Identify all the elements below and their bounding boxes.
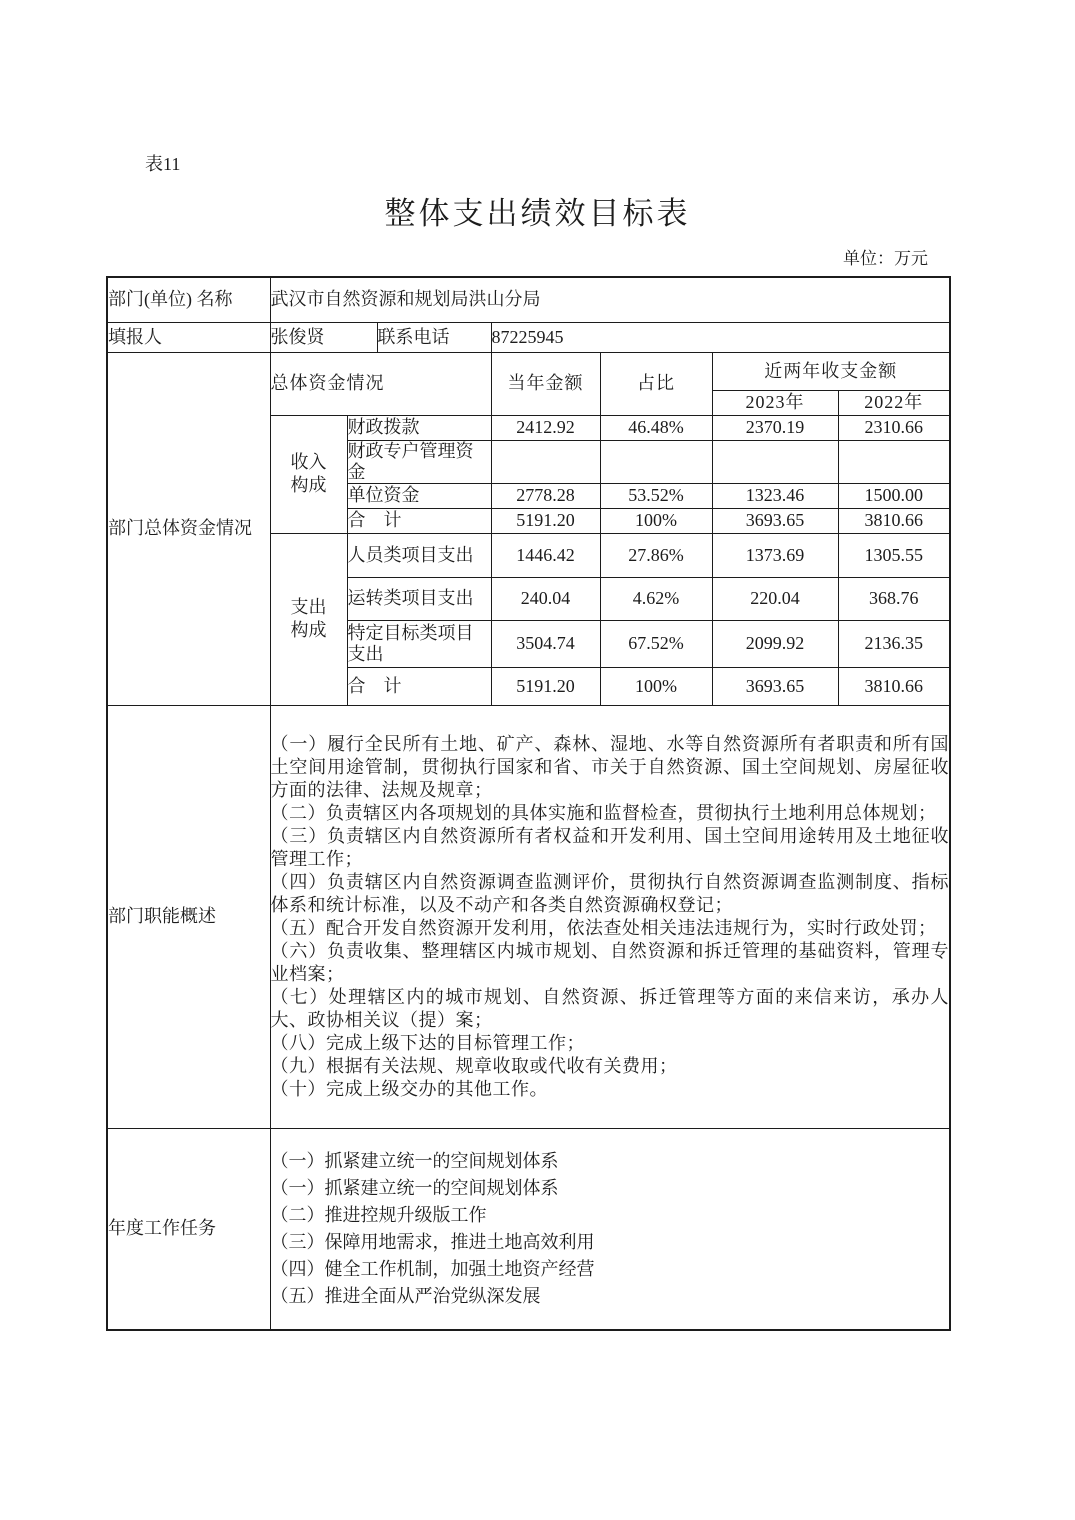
income-item-name: 单位资金 [347,483,491,508]
function-item: （五）配合开发自然资源开发利用，依法查处相关违法违规行为，实时行政处罚； [271,917,950,940]
header-ratio: 占比 [600,352,712,415]
dept-name-value: 武汉市自然资源和规划局洪山分局 [270,277,950,322]
income-amount-2022 [838,440,950,483]
filler-value: 张俊贤 [270,322,377,352]
expense-amount-2023: 220.04 [712,577,838,620]
function-item: （七）处理辖区内的城市规划、自然资源、拆迁管理等方面的来信来访，承办人大、政协相… [271,986,950,1032]
function-item: （六）负责收集、整理辖区内城市规划、自然资源和拆迁管理的基础资料，管理专业档案； [271,940,950,986]
income-total-current: 5191.20 [491,508,600,533]
funding-section-label: 部门总体资金情况 [107,352,270,705]
function-item: （九）根据有关法规、规章收取或代收有关费用； [271,1055,950,1078]
expense-item-name: 运转类项目支出 [347,577,491,620]
expense-group-label-text: 支出构成 [288,596,329,642]
expense-current-amount: 1446.42 [491,533,600,577]
function-item: （八）完成上级下达的目标管理工作； [271,1032,950,1055]
task-item: （四）健全工作机制，加强土地资产经营 [271,1256,950,1283]
expense-amount-2023: 1373.69 [712,533,838,577]
expense-ratio: 67.52% [600,620,712,667]
income-group-label: 收入构成 [270,415,347,533]
functions-content: （一）履行全民所有土地、矿产、森林、湿地、水等自然资源所有者职责和所有国土空间用… [270,705,950,1128]
header-current-amount: 当年金额 [491,352,600,415]
income-ratio: 53.52% [600,483,712,508]
expense-current-amount: 3504.74 [491,620,600,667]
expense-total-2023: 3693.65 [712,667,838,705]
main-table: 部门(单位) 名称 武汉市自然资源和规划局洪山分局 填报人 张俊贤 联系电话 8… [106,276,951,1331]
header-year-2023: 2023年 [712,390,838,415]
unit-note: 单位：万元 [843,244,928,269]
header-recent-years: 近两年收支金额 [712,352,950,390]
expense-amount-2022: 1305.55 [838,533,950,577]
function-item: （一）履行全民所有土地、矿产、森林、湿地、水等自然资源所有者职责和所有国土空间用… [271,733,950,802]
expense-total-label: 合 计 [347,667,491,705]
expense-amount-2022: 368.76 [838,577,950,620]
income-current-amount: 2412.92 [491,415,600,440]
task-item: （一）抓紧建立统一的空间规划体系 [271,1175,950,1202]
filler-label: 填报人 [107,322,270,352]
header-year-2022: 2022年 [838,390,950,415]
expense-current-amount: 240.04 [491,577,600,620]
function-item: （三）负责辖区内自然资源所有者权益和开发利用、国土空间用途转用及土地征收管理工作… [271,825,950,871]
expense-total-ratio: 100% [600,667,712,705]
task-item: （五）推进全面从严治党纵深发展 [271,1283,950,1310]
income-total-label: 合 计 [347,508,491,533]
income-total-ratio: 100% [600,508,712,533]
expense-amount-2023: 2099.92 [712,620,838,667]
table-row: 填报人 张俊贤 联系电话 87225945 [107,322,950,352]
table-row: 年度工作任务 （一）抓紧建立统一的空间规划体系 （一）抓紧建立统一的空间规划体系… [107,1128,950,1330]
dept-name-label: 部门(单位) 名称 [107,277,270,322]
functions-label: 部门职能概述 [107,705,270,1128]
phone-value: 87225945 [491,322,950,352]
expense-amount-2022: 2136.35 [838,620,950,667]
task-item: （二）推进控规升级版工作 [271,1202,950,1229]
income-total-2023: 3693.65 [712,508,838,533]
table-row: 部门(单位) 名称 武汉市自然资源和规划局洪山分局 [107,277,950,322]
expense-total-2022: 3810.66 [838,667,950,705]
income-current-amount [491,440,600,483]
expense-ratio: 4.62% [600,577,712,620]
table-number: 表11 [145,150,180,176]
expense-ratio: 27.86% [600,533,712,577]
expense-total-current: 5191.20 [491,667,600,705]
income-current-amount: 2778.28 [491,483,600,508]
function-item: （四）负责辖区内自然资源调查监测评价，贯彻执行自然资源调查监测制度、指标体系和统… [271,871,950,917]
income-amount-2023: 2370.19 [712,415,838,440]
income-group-label-text: 收入构成 [288,451,329,497]
income-ratio: 46.48% [600,415,712,440]
income-total-2022: 3810.66 [838,508,950,533]
expense-item-name: 人员类项目支出 [347,533,491,577]
income-amount-2022: 1500.00 [838,483,950,508]
table-row: 部门总体资金情况 总体资金情况 当年金额 占比 近两年收支金额 [107,352,950,390]
tasks-content: （一）抓紧建立统一的空间规划体系 （一）抓紧建立统一的空间规划体系 （二）推进控… [270,1128,950,1330]
function-item: （十）完成上级交办的其他工作。 [271,1078,950,1101]
task-item: （一）抓紧建立统一的空间规划体系 [271,1148,950,1175]
expense-item-name: 特定目标类项目支出 [347,620,491,667]
income-item-name: 财政拨款 [347,415,491,440]
task-item: （三）保障用地需求，推进土地高效利用 [271,1229,950,1256]
income-item-name: 财政专户管理资金 [347,440,491,483]
page-root: 表11 整体支出绩效目标表 单位：万元 部门(单位) 名称 武汉市自然资源和规划… [0,0,1075,1520]
income-amount-2023: 1323.46 [712,483,838,508]
tasks-label: 年度工作任务 [107,1128,270,1330]
income-ratio [600,440,712,483]
header-overall-funding: 总体资金情况 [270,352,491,415]
document-title: 整体支出绩效目标表 [0,188,1075,233]
function-item: （二）负责辖区内各项规划的具体实施和监督检查，贯彻执行土地利用总体规划； [271,802,950,825]
income-amount-2023 [712,440,838,483]
expense-group-label: 支出构成 [270,533,347,705]
phone-label: 联系电话 [377,322,491,352]
table-row: 部门职能概述 （一）履行全民所有土地、矿产、森林、湿地、水等自然资源所有者职责和… [107,705,950,1128]
income-amount-2022: 2310.66 [838,415,950,440]
